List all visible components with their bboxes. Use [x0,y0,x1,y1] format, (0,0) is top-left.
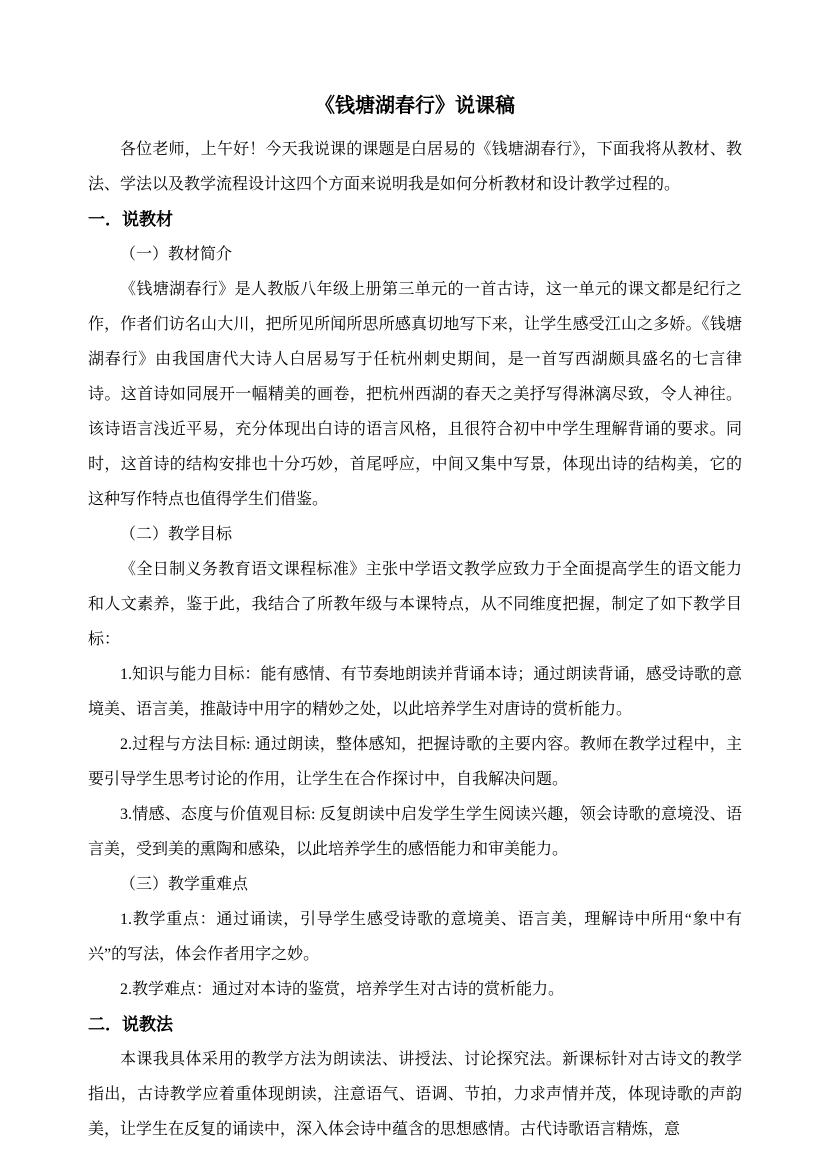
section-heading-shuo-jiaofa: 二．说教法 [88,1007,742,1042]
paragraph-objective-process: 2.过程与方法目标: 通过朗读，整体感知，把握诗歌的主要内容。教师在教学过程中，… [88,727,742,797]
intro-paragraph: 各位老师，上午好！今天我说课的课题是白居易的《钱塘湖春行》，下面我将从教材、教法… [88,132,742,202]
subheading-zhongnandian: （三）教学重难点 [88,867,742,902]
subheading-jiaocai-jianjie: （一）教材简介 [88,237,742,272]
paragraph-curriculum-standard: 《全日制义务教育语文课程标准》主张中学语文教学应致力于全面提高学生的语文能力和人… [88,552,742,657]
section-heading-shuo-jiaocai: 一．说教材 [88,202,742,237]
paragraph-teaching-difficulty: 2.教学难点：通过对本诗的鉴赏，培养学生对古诗的赏析能力。 [88,972,742,1007]
paragraph-teaching-methods: 本课我具体采用的教学方法为朗读法、讲授法、讨论探究法。新课标针对古诗文的教学指出… [88,1042,742,1147]
paragraph-objective-emotion: 3.情感、态度与价值观目标: 反复朗读中启发学生学生阅读兴趣，领会诗歌的意境没、… [88,797,742,867]
paragraph-textbook-intro: 《钱塘湖春行》是人教版八年级上册第三单元的一首古诗，这一单元的课文都是纪行之作，… [88,272,742,517]
subheading-jiaoxue-mubiao: （二）教学目标 [88,517,742,552]
paragraph-objective-knowledge: 1.知识与能力目标：能有感情、有节奏地朗读并背诵本诗；通过朗读背诵，感受诗歌的意… [88,657,742,727]
document-title: 《钱塘湖春行》说课稿 [88,88,742,124]
document-page: 《钱塘湖春行》说课稿 各位老师，上午好！今天我说课的课题是白居易的《钱塘湖春行》… [0,0,827,1169]
paragraph-teaching-focus: 1.教学重点：通过诵读，引导学生感受诗歌的意境美、语言美，理解诗中所用“象中有兴… [88,902,742,972]
